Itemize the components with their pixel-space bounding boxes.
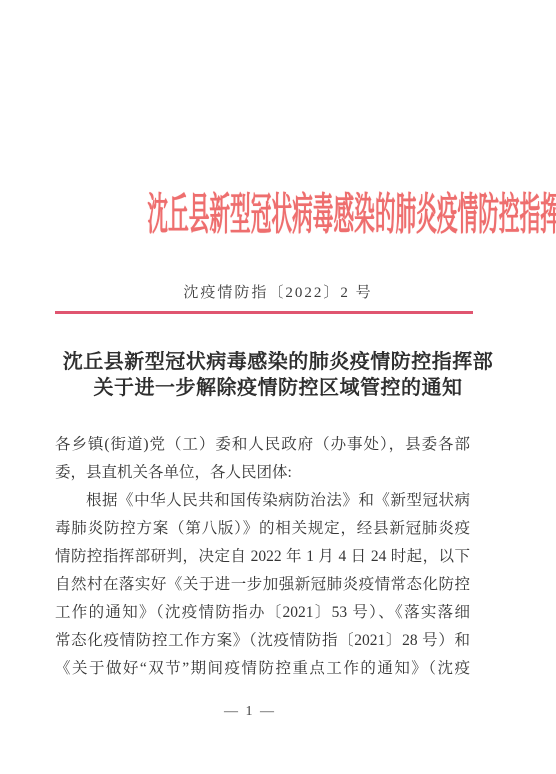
body-line-salutation-1: 各乡镇(街道)党（工）委和人民政府（办事处），县委各部 bbox=[55, 431, 470, 459]
body-line-paragraph-3: 情防控指挥部研判，决定自 2022 年 1 月 4 日 24 时起，以下 bbox=[55, 543, 470, 571]
document-number: 沈疫情防指〔2022〕2 号 bbox=[0, 281, 556, 302]
body-line-paragraph-4: 自然村在落实好《关于进一步加强新冠肺炎疫情常态化防控 bbox=[55, 571, 470, 599]
document-title-line1: 沈丘县新型冠状病毒感染的肺炎疫情防控指挥部 bbox=[0, 349, 556, 375]
red-divider-line bbox=[55, 311, 473, 314]
body-line-paragraph-5: 工作的通知》（沈疫情防指办〔2021〕53 号）、《落实落细 bbox=[55, 599, 470, 627]
body-line-paragraph-1: 根据《中华人民共和国传染病防治法》和《新型冠状病 bbox=[55, 487, 470, 515]
red-header-masthead: 沈丘县新型冠状病毒感染的肺炎疫情防控指挥部文件 bbox=[147, 190, 408, 240]
body-line-paragraph-6: 常态化疫情防控工作方案》（沈疫情防指〔2021〕28 号）和 bbox=[55, 627, 470, 655]
body-line-salutation-2: 委，县直机关各单位，各人民团体: bbox=[55, 459, 470, 487]
body-line-paragraph-2: 毒肺炎防控方案（第八版）》的相关规定，经县新冠肺炎疫 bbox=[55, 515, 470, 543]
body-text: 各乡镇(街道)党（工）委和人民政府（办事处），县委各部 委，县直机关各单位，各人… bbox=[55, 431, 470, 683]
page-number: — 1 — bbox=[0, 704, 500, 720]
document-title-line2: 关于进一步解除疫情防控区域管控的通知 bbox=[0, 375, 556, 401]
document-title: 沈丘县新型冠状病毒感染的肺炎疫情防控指挥部 关于进一步解除疫情防控区域管控的通知 bbox=[0, 349, 556, 401]
body-line-paragraph-7: 《关于做好“双节”期间疫情防控重点工作的通知》（沈疫 bbox=[55, 655, 470, 683]
document-page: 沈丘县新型冠状病毒感染的肺炎疫情防控指挥部文件 沈疫情防指〔2022〕2 号 沈… bbox=[0, 0, 556, 774]
